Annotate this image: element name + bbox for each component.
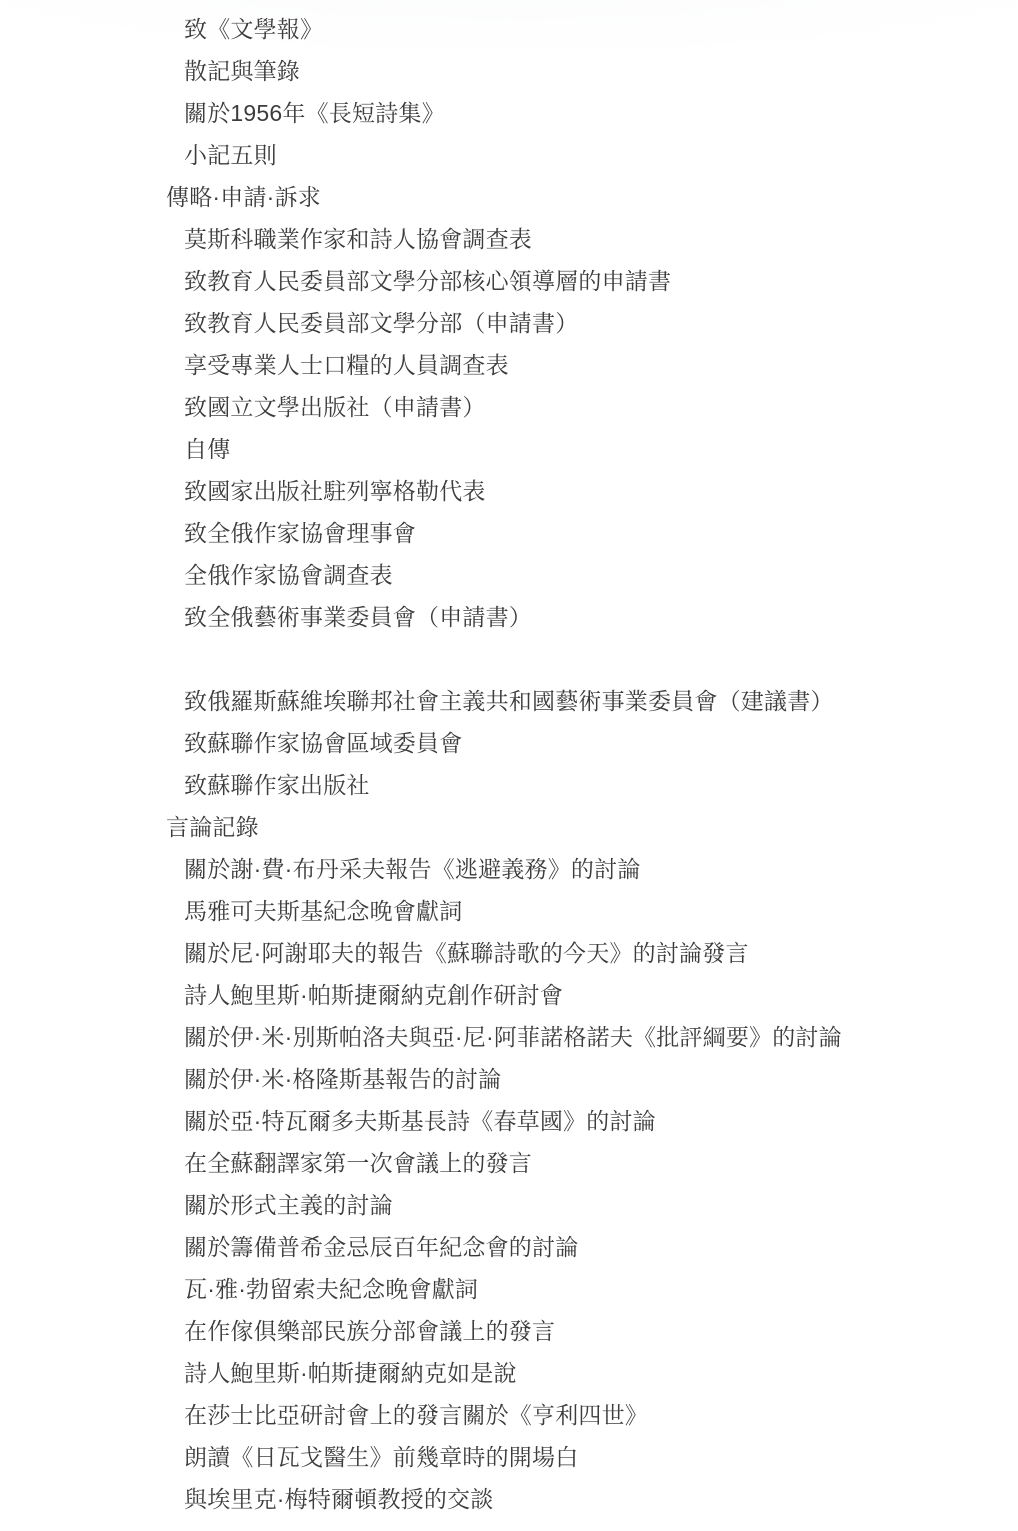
toc-entry[interactable]: 詩人鮑里斯·帕斯捷爾納克創作研討會: [166, 974, 988, 1016]
toc-entry[interactable]: 瓦·雅·勃留索夫紀念晚會獻詞: [166, 1268, 988, 1310]
toc-entry[interactable]: 享受專業人士口糧的人員調查表: [166, 344, 988, 386]
ebook-toc-page: 致《文學報》散記與筆錄關於1956年《長短詩集》小記五則傳略·申請·訴求莫斯科職…: [0, 0, 1018, 1531]
toc-entry[interactable]: 關於尼·阿謝耶夫的報告《蘇聯詩歌的今天》的討論發言: [166, 932, 988, 974]
toc-entry[interactable]: 散記與筆錄: [166, 50, 988, 92]
toc-entry[interactable]: 自傳: [166, 428, 988, 470]
toc-entry[interactable]: 與埃里克·梅特爾頓教授的交談: [166, 1478, 988, 1520]
toc-entry[interactable]: 致俄羅斯蘇維埃聯邦社會主義共和國藝術事業委員會（建議書）: [166, 680, 988, 722]
toc-entry[interactable]: 關於籌備普希金忌辰百年紀念會的討論: [166, 1226, 988, 1268]
toc-entry[interactable]: 關於1956年《長短詩集》: [166, 92, 988, 134]
toc-entry[interactable]: 在莎士比亞研討會上的發言關於《亨利四世》: [166, 1394, 988, 1436]
toc-entry[interactable]: 在全蘇翻譯家第一次會議上的發言: [166, 1142, 988, 1184]
toc-entry[interactable]: 致國立文學出版社（申請書）: [166, 386, 988, 428]
toc-entry[interactable]: 小記五則: [166, 134, 988, 176]
toc-spacer: [166, 638, 988, 680]
toc-entry[interactable]: 關於伊·米·格隆斯基報告的討論: [166, 1058, 988, 1100]
toc-entry[interactable]: 致《文學報》: [166, 8, 988, 50]
toc-entry[interactable]: 致全俄藝術事業委員會（申請書）: [166, 596, 988, 638]
toc-entry[interactable]: 馬雅可夫斯基紀念晚會獻詞: [166, 890, 988, 932]
toc-entry[interactable]: 關於伊·米·別斯帕洛夫與亞·尼·阿菲諾格諾夫《批評綱要》的討論: [166, 1016, 988, 1058]
toc-entry[interactable]: 全俄作家協會調查表: [166, 554, 988, 596]
toc-entry[interactable]: 致教育人民委員部文學分部（申請書）: [166, 302, 988, 344]
toc-entry[interactable]: 朗讀《日瓦戈醫生》前幾章時的開場白: [166, 1436, 988, 1478]
toc-entry[interactable]: 致蘇聯作家出版社: [166, 764, 988, 806]
toc-entry[interactable]: 關於謝·費·布丹采夫報告《逃避義務》的討論: [166, 848, 988, 890]
toc-entry[interactable]: 致教育人民委員部文學分部核心領導層的申請書: [166, 260, 988, 302]
toc-entry[interactable]: 致國家出版社駐列寧格勒代表: [166, 470, 988, 512]
toc-entry[interactable]: 莫斯科職業作家和詩人協會調查表: [166, 218, 988, 260]
toc-entry[interactable]: 致蘇聯作家協會區域委員會: [166, 722, 988, 764]
toc-section-entry[interactable]: 言論記錄: [166, 806, 988, 848]
toc-entry[interactable]: 關於亞·特瓦爾多夫斯基長詩《春草國》的討論: [166, 1100, 988, 1142]
toc-entry[interactable]: 關於形式主義的討論: [166, 1184, 988, 1226]
toc-section-entry[interactable]: 傳略·申請·訴求: [166, 176, 988, 218]
table-of-contents: 致《文學報》散記與筆錄關於1956年《長短詩集》小記五則傳略·申請·訴求莫斯科職…: [0, 0, 1018, 1520]
toc-entry[interactable]: 在作傢俱樂部民族分部會議上的發言: [166, 1310, 988, 1352]
toc-entry[interactable]: 詩人鮑里斯·帕斯捷爾納克如是說: [166, 1352, 988, 1394]
toc-entry[interactable]: 致全俄作家協會理事會: [166, 512, 988, 554]
